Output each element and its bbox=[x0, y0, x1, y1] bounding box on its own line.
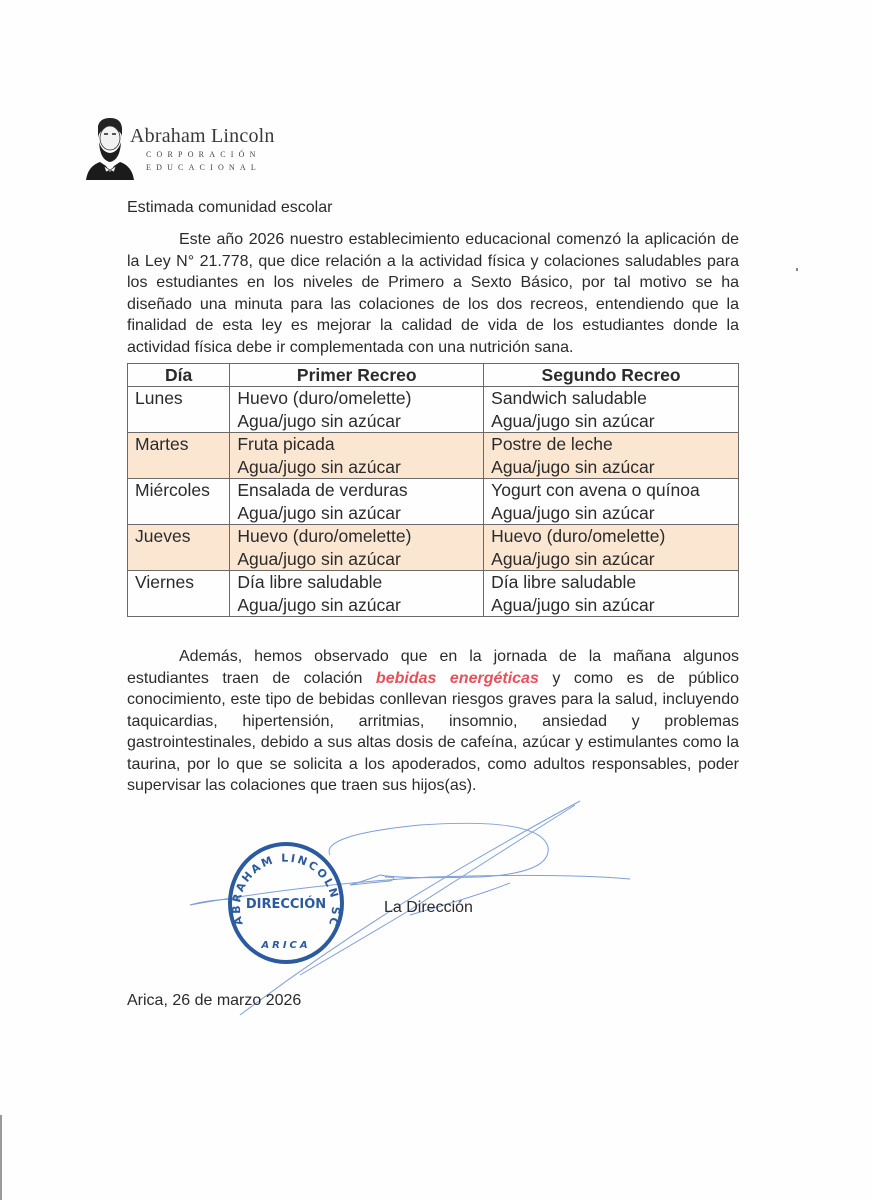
first-recess-cell: Ensalada de verdurasAgua/jugo sin azúcar bbox=[230, 479, 484, 525]
greeting: Estimada comunidad escolar bbox=[127, 197, 332, 219]
food-item: Día libre saludable bbox=[237, 571, 483, 594]
first-recess-cell: Fruta picadaAgua/jugo sin azúcar bbox=[230, 433, 484, 479]
food-item: Sandwich saludable bbox=[491, 387, 738, 410]
food-item: Huevo (duro/omelette) bbox=[237, 525, 483, 548]
day-cell: Lunes bbox=[128, 387, 230, 433]
table-header-row: Día Primer Recreo Segundo Recreo bbox=[128, 364, 739, 387]
drink-item: Agua/jugo sin azúcar bbox=[491, 502, 738, 525]
header-day: Día bbox=[128, 364, 230, 387]
signer-name: La Dirección bbox=[384, 897, 473, 919]
logo-subtitle-1: CORPORACIÓN bbox=[146, 150, 261, 159]
highlighted-term: bebidas energéticas bbox=[376, 670, 539, 687]
second-recess-cell: Día libre saludableAgua/jugo sin azúcar bbox=[484, 571, 739, 617]
table-row: Martes Fruta picadaAgua/jugo sin azúcar … bbox=[128, 433, 739, 479]
scan-speck bbox=[796, 268, 798, 271]
school-logo: Abraham Lincoln CORPORACIÓN EDUCACIONAL bbox=[84, 116, 304, 184]
second-recess-cell: Sandwich saludableAgua/jugo sin azúcar bbox=[484, 387, 739, 433]
drink-item: Agua/jugo sin azúcar bbox=[491, 594, 738, 617]
first-recess-cell: Huevo (duro/omelette)Agua/jugo sin azúca… bbox=[230, 525, 484, 571]
second-recess-cell: Huevo (duro/omelette)Agua/jugo sin azúca… bbox=[484, 525, 739, 571]
table-row: Miércoles Ensalada de verdurasAgua/jugo … bbox=[128, 479, 739, 525]
logo-subtitle-2: EDUCACIONAL bbox=[146, 163, 261, 172]
school-stamp: ABRAHAM LINCOLN SCHOOL ARICA DIRECCIÓN bbox=[225, 840, 345, 965]
table-row: Viernes Día libre saludableAgua/jugo sin… bbox=[128, 571, 739, 617]
day-cell: Martes bbox=[128, 433, 230, 479]
drink-item: Agua/jugo sin azúcar bbox=[491, 548, 738, 571]
date-line: Arica, 26 de marzo 2026 bbox=[127, 990, 301, 1012]
header-first-recess: Primer Recreo bbox=[230, 364, 484, 387]
header-second-recess: Segundo Recreo bbox=[484, 364, 739, 387]
drink-item: Agua/jugo sin azúcar bbox=[237, 502, 483, 525]
food-item: Yogurt con avena o quínoa bbox=[491, 479, 738, 502]
first-recess-cell: Huevo (duro/omelette)Agua/jugo sin azúca… bbox=[230, 387, 484, 433]
table-row: Jueves Huevo (duro/omelette)Agua/jugo si… bbox=[128, 525, 739, 571]
letter-page: Abraham Lincoln CORPORACIÓN EDUCACIONAL … bbox=[0, 0, 872, 1200]
second-recess-cell: Yogurt con avena o quínoaAgua/jugo sin a… bbox=[484, 479, 739, 525]
table-row: Lunes Huevo (duro/omelette)Agua/jugo sin… bbox=[128, 387, 739, 433]
food-item: Postre de leche bbox=[491, 433, 738, 456]
svg-text:ABRAHAM LINCOLN SCHOOL: ABRAHAM LINCOLN SCHOOL bbox=[225, 840, 342, 929]
logo-name: Abraham Lincoln bbox=[130, 125, 275, 148]
drink-item: Agua/jugo sin azúcar bbox=[491, 410, 738, 433]
food-item: Día libre saludable bbox=[491, 571, 738, 594]
stamp-city-text: ARICA bbox=[260, 940, 310, 951]
intro-paragraph: Este año 2026 nuestro establecimiento ed… bbox=[127, 229, 739, 358]
second-recess-cell: Postre de lecheAgua/jugo sin azúcar bbox=[484, 433, 739, 479]
stamp-ring-text: ABRAHAM LINCOLN SCHOOL bbox=[225, 840, 342, 929]
food-item: Huevo (duro/omelette) bbox=[491, 525, 738, 548]
snack-menu-table: Día Primer Recreo Segundo Recreo Lunes H… bbox=[127, 363, 739, 617]
drink-item: Agua/jugo sin azúcar bbox=[237, 548, 483, 571]
day-cell: Viernes bbox=[128, 571, 230, 617]
first-recess-cell: Día libre saludableAgua/jugo sin azúcar bbox=[230, 571, 484, 617]
drink-item: Agua/jugo sin azúcar bbox=[237, 410, 483, 433]
scan-edge bbox=[0, 1115, 2, 1200]
day-cell: Jueves bbox=[128, 525, 230, 571]
stamp-center-text: DIRECCIÓN bbox=[246, 896, 326, 912]
day-cell: Miércoles bbox=[128, 479, 230, 525]
lincoln-portrait-icon bbox=[84, 116, 134, 182]
drink-item: Agua/jugo sin azúcar bbox=[237, 594, 483, 617]
drink-item: Agua/jugo sin azúcar bbox=[237, 456, 483, 479]
energy-drinks-paragraph: Además, hemos observado que en la jornad… bbox=[127, 646, 739, 797]
food-item: Fruta picada bbox=[237, 433, 483, 456]
intro-paragraph-text: Este año 2026 nuestro establecimiento ed… bbox=[127, 231, 739, 356]
drink-item: Agua/jugo sin azúcar bbox=[491, 456, 738, 479]
paragraph-text-after: y como es de público conocimiento, este … bbox=[127, 670, 739, 795]
food-item: Huevo (duro/omelette) bbox=[237, 387, 483, 410]
food-item: Ensalada de verduras bbox=[237, 479, 483, 502]
